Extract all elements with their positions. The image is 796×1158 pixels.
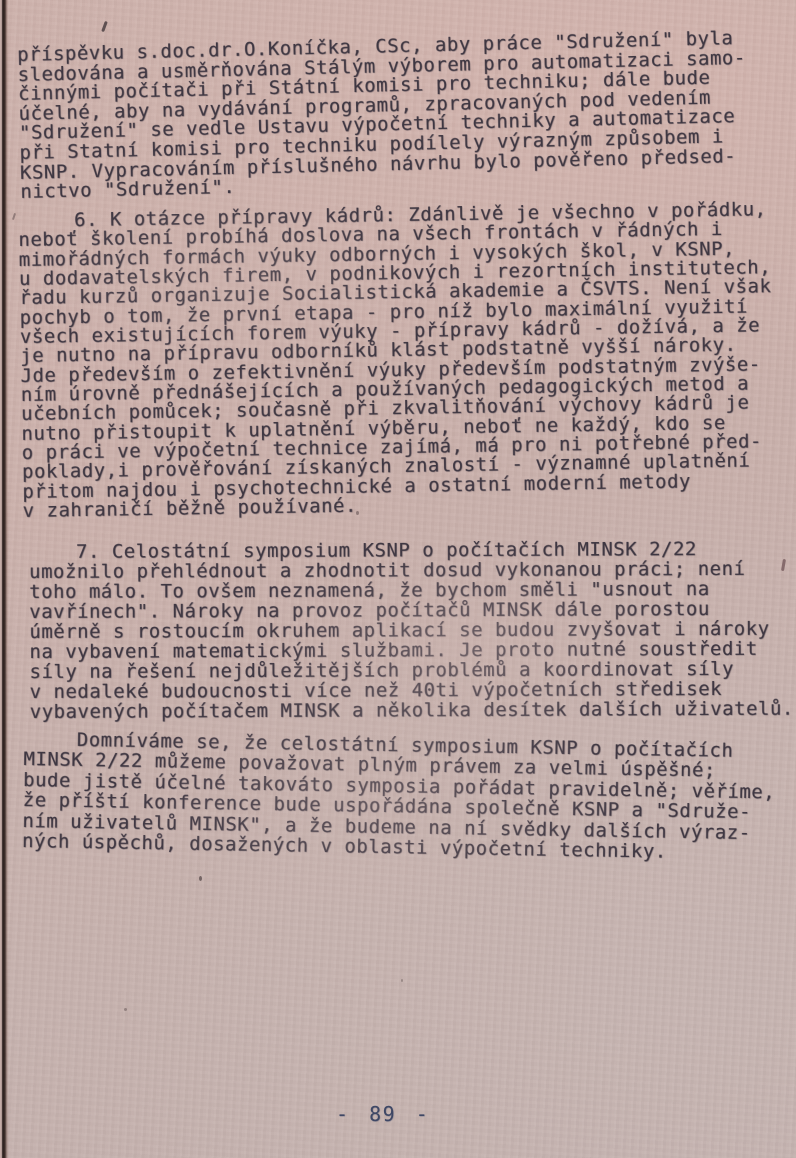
text-line: vybavených počítačem MINSK a několika de…: [30, 699, 794, 722]
document-page: příspěvku s.doc.dr.O.Koníčka, CSc, aby p…: [0, 0, 796, 1158]
ink-speck: [199, 876, 202, 881]
paragraph-closing: Domníváme se, že celostátní symposium KS…: [22, 729, 776, 864]
page-edge-shadow: [0, 0, 9, 1158]
ink-speck: [401, 979, 403, 982]
ink-speck: [124, 1008, 127, 1011]
paragraph-intro-continuation: příspěvku s.doc.dr.O.Koníčka, CSc, aby p…: [17, 29, 749, 203]
ink-speck: [101, 21, 108, 32]
paragraph-point-6: 6. K otázce přípravy kádrů: Zdánlivě je …: [18, 200, 775, 521]
ink-speck: [12, 213, 16, 220]
page-number: - 89 -: [336, 1102, 429, 1126]
paragraph-point-7: 7. Celostátní symposium KSNP o počítačíc…: [29, 539, 794, 722]
